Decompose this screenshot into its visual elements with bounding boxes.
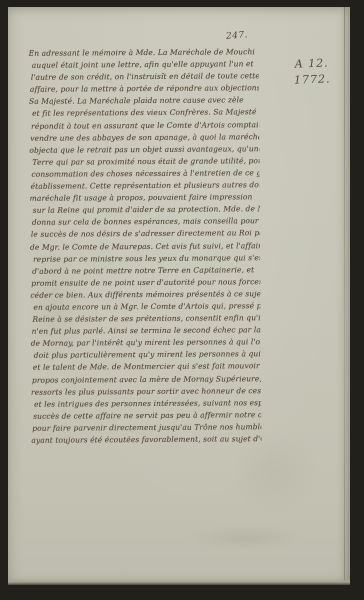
manuscript-page: 247. A 12. 1772. En adressant le mémoire…: [8, 7, 350, 585]
paper-stain: [186, 525, 306, 551]
margin-annotation-ref: A 12.: [282, 56, 342, 71]
folio-number: 247.: [226, 30, 249, 42]
manuscript-line: et le talent de Mde. de Montmercier qui …: [31, 361, 261, 375]
manuscript-line: répondit à tout en assurant que le Comte…: [29, 119, 259, 133]
page-edge-crease: [344, 7, 345, 585]
manuscript-text: En adressant le mémoire à Mde. La Maréch…: [29, 46, 262, 447]
manuscript-line: propos conjointement avec la mère de Mor…: [31, 373, 261, 387]
manuscript-line: et fit les représentations des vieux Con…: [29, 107, 259, 121]
manuscript-line: de Mgr. le Comte de Maurepas. Cet avis f…: [30, 240, 260, 254]
margin-annotation: A 12. 1772.: [282, 56, 343, 87]
scan-background: 247. A 12. 1772. En adressant le mémoire…: [0, 0, 364, 600]
page-edge-bottom: [8, 579, 350, 585]
manuscript-line: le succès de nos désirs de s'adresser di…: [30, 228, 260, 242]
manuscript-line: ayant toujours été écoutées favorablemen…: [31, 433, 261, 447]
margin-annotation-year: 1772.: [282, 72, 342, 87]
